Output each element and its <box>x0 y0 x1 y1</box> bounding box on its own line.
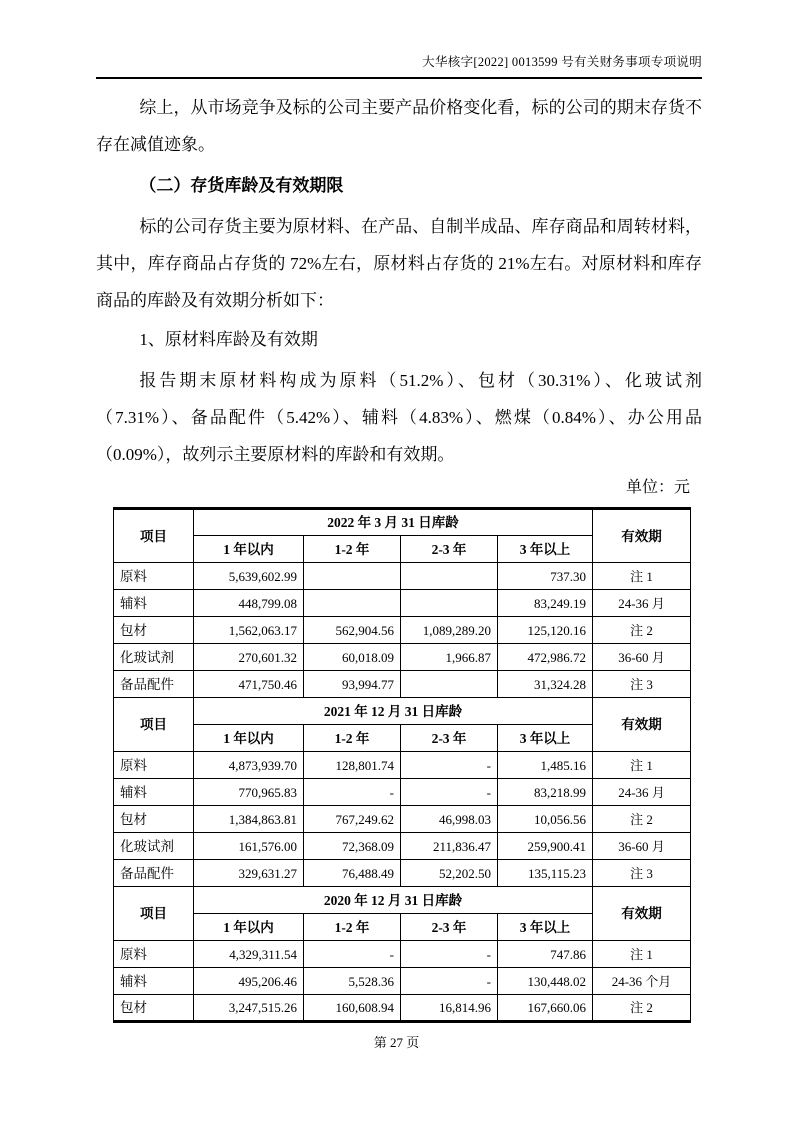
value-cell-over-3y: 31,324.28 <box>498 671 593 698</box>
value-cell-within-1y: 5,639,602.99 <box>194 563 304 590</box>
value-cell-over-3y: 472,986.72 <box>498 644 593 671</box>
value-cell-1-2y: 128,801.74 <box>304 752 401 779</box>
table-row: 包材3,247,515.26160,608.9416,814.96167,660… <box>114 995 691 1022</box>
validity-cell: 注 2 <box>593 995 691 1022</box>
value-cell-1-2y: 767,249.62 <box>304 806 401 833</box>
value-cell-over-3y: 135,115.23 <box>498 860 593 887</box>
value-cell-2-3y: 1,089,289.20 <box>401 617 498 644</box>
col-header-within-1y: 1 年以内 <box>194 536 304 563</box>
col-header-validity: 有效期 <box>593 509 691 563</box>
table-row: 包材1,562,063.17562,904.561,089,289.20125,… <box>114 617 691 644</box>
value-cell-1-2y: - <box>304 941 401 968</box>
table-row: 备品配件329,631.2776,488.4952,202.50135,115.… <box>114 860 691 887</box>
value-cell-1-2y: 562,904.56 <box>304 617 401 644</box>
value-cell-within-1y: 3,247,515.26 <box>194 995 304 1022</box>
value-cell-within-1y: 448,799.08 <box>194 590 304 617</box>
value-cell-over-3y: 737.30 <box>498 563 593 590</box>
col-header-item: 项目 <box>114 509 194 563</box>
section-title-1: 2021 年 12 月 31 日库龄 <box>194 698 593 725</box>
table-row: 包材1,384,863.81767,249.6246,998.0310,056.… <box>114 806 691 833</box>
validity-cell: 注 1 <box>593 563 691 590</box>
value-cell-within-1y: 1,384,863.81 <box>194 806 304 833</box>
value-cell-1-2y <box>304 590 401 617</box>
value-cell-2-3y: 46,998.03 <box>401 806 498 833</box>
subsection-heading: 1、原材料库龄及有效期 <box>96 321 702 358</box>
table-row: 原料5,639,602.99737.30注 1 <box>114 563 691 590</box>
value-cell-1-2y: 72,368.09 <box>304 833 401 860</box>
document-page: 大华核字[2022] 0013599 号有关财务事项专项说明 综上，从市场竞争及… <box>0 0 793 1122</box>
validity-cell: 注 1 <box>593 941 691 968</box>
value-cell-2-3y: - <box>401 779 498 806</box>
value-cell-2-3y: - <box>401 752 498 779</box>
item-cell: 包材 <box>114 617 194 644</box>
value-cell-1-2y: 93,994.77 <box>304 671 401 698</box>
value-cell-within-1y: 270,601.32 <box>194 644 304 671</box>
col-header-1-2y: 1-2 年 <box>304 536 401 563</box>
value-cell-within-1y: 4,329,311.54 <box>194 941 304 968</box>
table-row: 原料4,329,311.54--747.86注 1 <box>114 941 691 968</box>
col-header-2-3y: 2-3 年 <box>401 536 498 563</box>
aging-table-body: 项目2022 年 3 月 31 日库龄有效期1 年以内1-2 年2-3 年3 年… <box>114 509 691 1022</box>
value-cell-1-2y: 160,608.94 <box>304 995 401 1022</box>
page-number: 第 27 页 <box>374 1035 420 1050</box>
col-header-over-3y: 3 年以上 <box>498 536 593 563</box>
col-header-over-3y: 3 年以上 <box>498 725 593 752</box>
value-cell-2-3y: 52,202.50 <box>401 860 498 887</box>
col-header-1-2y: 1-2 年 <box>304 914 401 941</box>
item-cell: 原料 <box>114 563 194 590</box>
value-cell-2-3y: - <box>401 968 498 995</box>
col-header-item: 项目 <box>114 698 194 752</box>
page-header: 大华核字[2022] 0013599 号有关财务事项专项说明 <box>96 52 702 79</box>
table-row: 化玻试剂270,601.3260,018.091,966.87472,986.7… <box>114 644 691 671</box>
value-cell-over-3y: 747.86 <box>498 941 593 968</box>
value-cell-1-2y: 60,018.09 <box>304 644 401 671</box>
value-cell-2-3y <box>401 671 498 698</box>
table-row: 化玻试剂161,576.0072,368.09211,836.47259,900… <box>114 833 691 860</box>
validity-cell: 24-36 个月 <box>593 968 691 995</box>
value-cell-within-1y: 161,576.00 <box>194 833 304 860</box>
section-header-row-1: 项目2022 年 3 月 31 日库龄有效期 <box>114 509 691 536</box>
table-row: 辅料495,206.465,528.36-130,448.0224-36 个月 <box>114 968 691 995</box>
value-cell-within-1y: 471,750.46 <box>194 671 304 698</box>
col-header-validity: 有效期 <box>593 698 691 752</box>
value-cell-over-3y: 130,448.02 <box>498 968 593 995</box>
section-heading: （二）存货库龄及有效期限 <box>96 167 702 204</box>
col-header-2-3y: 2-3 年 <box>401 914 498 941</box>
col-header-validity: 有效期 <box>593 887 691 941</box>
page-footer: 第 27 页 <box>0 1032 793 1051</box>
table-row: 辅料770,965.83--83,218.9924-36 月 <box>114 779 691 806</box>
value-cell-within-1y: 770,965.83 <box>194 779 304 806</box>
value-cell-1-2y: 76,488.49 <box>304 860 401 887</box>
paragraph-conclusion: 综上，从市场竞争及标的公司主要产品价格变化看，标的公司的期末存货不存在减值迹象。 <box>96 89 702 163</box>
value-cell-over-3y: 167,660.06 <box>498 995 593 1022</box>
value-cell-1-2y: 5,528.36 <box>304 968 401 995</box>
value-cell-2-3y <box>401 563 498 590</box>
value-cell-over-3y: 259,900.41 <box>498 833 593 860</box>
value-cell-1-2y: - <box>304 779 401 806</box>
value-cell-within-1y: 329,631.27 <box>194 860 304 887</box>
item-cell: 原料 <box>114 752 194 779</box>
item-cell: 化玻试剂 <box>114 644 194 671</box>
value-cell-over-3y: 125,120.16 <box>498 617 593 644</box>
col-header-within-1y: 1 年以内 <box>194 914 304 941</box>
value-cell-over-3y: 1,485.16 <box>498 752 593 779</box>
paragraph-raw-material-composition: 报告期末原材料构成为原料（51.2%）、包材（30.31%）、化玻试剂（7.31… <box>96 362 702 473</box>
value-cell-1-2y <box>304 563 401 590</box>
unit-label: 单位：元 <box>96 476 702 500</box>
page-header-text: 大华核字[2022] 0013599 号有关财务事项专项说明 <box>422 55 702 69</box>
item-cell: 辅料 <box>114 968 194 995</box>
paragraph-inventory-overview: 标的公司存货主要为原材料、在产品、自制半成品、库存商品和周转材料，其中，库存商品… <box>96 208 702 319</box>
validity-cell: 36-60 月 <box>593 644 691 671</box>
item-cell: 包材 <box>114 995 194 1022</box>
value-cell-2-3y: - <box>401 941 498 968</box>
col-header-2-3y: 2-3 年 <box>401 725 498 752</box>
validity-cell: 注 1 <box>593 752 691 779</box>
validity-cell: 36-60 月 <box>593 833 691 860</box>
item-cell: 化玻试剂 <box>114 833 194 860</box>
value-cell-within-1y: 1,562,063.17 <box>194 617 304 644</box>
value-cell-over-3y: 83,249.19 <box>498 590 593 617</box>
aging-table: 项目2022 年 3 月 31 日库龄有效期1 年以内1-2 年2-3 年3 年… <box>113 507 691 1023</box>
validity-cell: 注 2 <box>593 806 691 833</box>
section-header-row-1: 项目2021 年 12 月 31 日库龄有效期 <box>114 698 691 725</box>
validity-cell: 注 3 <box>593 671 691 698</box>
value-cell-over-3y: 10,056.56 <box>498 806 593 833</box>
page-content: 大华核字[2022] 0013599 号有关财务事项专项说明 综上，从市场竞争及… <box>96 52 702 1023</box>
validity-cell: 24-36 月 <box>593 590 691 617</box>
validity-cell: 注 3 <box>593 860 691 887</box>
item-cell: 包材 <box>114 806 194 833</box>
validity-cell: 24-36 月 <box>593 779 691 806</box>
value-cell-2-3y: 1,966.87 <box>401 644 498 671</box>
col-header-1-2y: 1-2 年 <box>304 725 401 752</box>
validity-cell: 注 2 <box>593 617 691 644</box>
value-cell-within-1y: 4,873,939.70 <box>194 752 304 779</box>
section-title-2: 2020 年 12 月 31 日库龄 <box>194 887 593 914</box>
col-header-item: 项目 <box>114 887 194 941</box>
item-cell: 辅料 <box>114 779 194 806</box>
table-row: 原料4,873,939.70128,801.74-1,485.16注 1 <box>114 752 691 779</box>
value-cell-over-3y: 83,218.99 <box>498 779 593 806</box>
col-header-over-3y: 3 年以上 <box>498 914 593 941</box>
table-row: 辅料448,799.0883,249.1924-36 月 <box>114 590 691 617</box>
value-cell-within-1y: 495,206.46 <box>194 968 304 995</box>
value-cell-2-3y: 211,836.47 <box>401 833 498 860</box>
section-header-row-1: 项目2020 年 12 月 31 日库龄有效期 <box>114 887 691 914</box>
value-cell-2-3y: 16,814.96 <box>401 995 498 1022</box>
section-title-0: 2022 年 3 月 31 日库龄 <box>194 509 593 536</box>
value-cell-2-3y <box>401 590 498 617</box>
item-cell: 辅料 <box>114 590 194 617</box>
col-header-within-1y: 1 年以内 <box>194 725 304 752</box>
item-cell: 备品配件 <box>114 860 194 887</box>
item-cell: 备品配件 <box>114 671 194 698</box>
item-cell: 原料 <box>114 941 194 968</box>
table-row: 备品配件471,750.4693,994.7731,324.28注 3 <box>114 671 691 698</box>
